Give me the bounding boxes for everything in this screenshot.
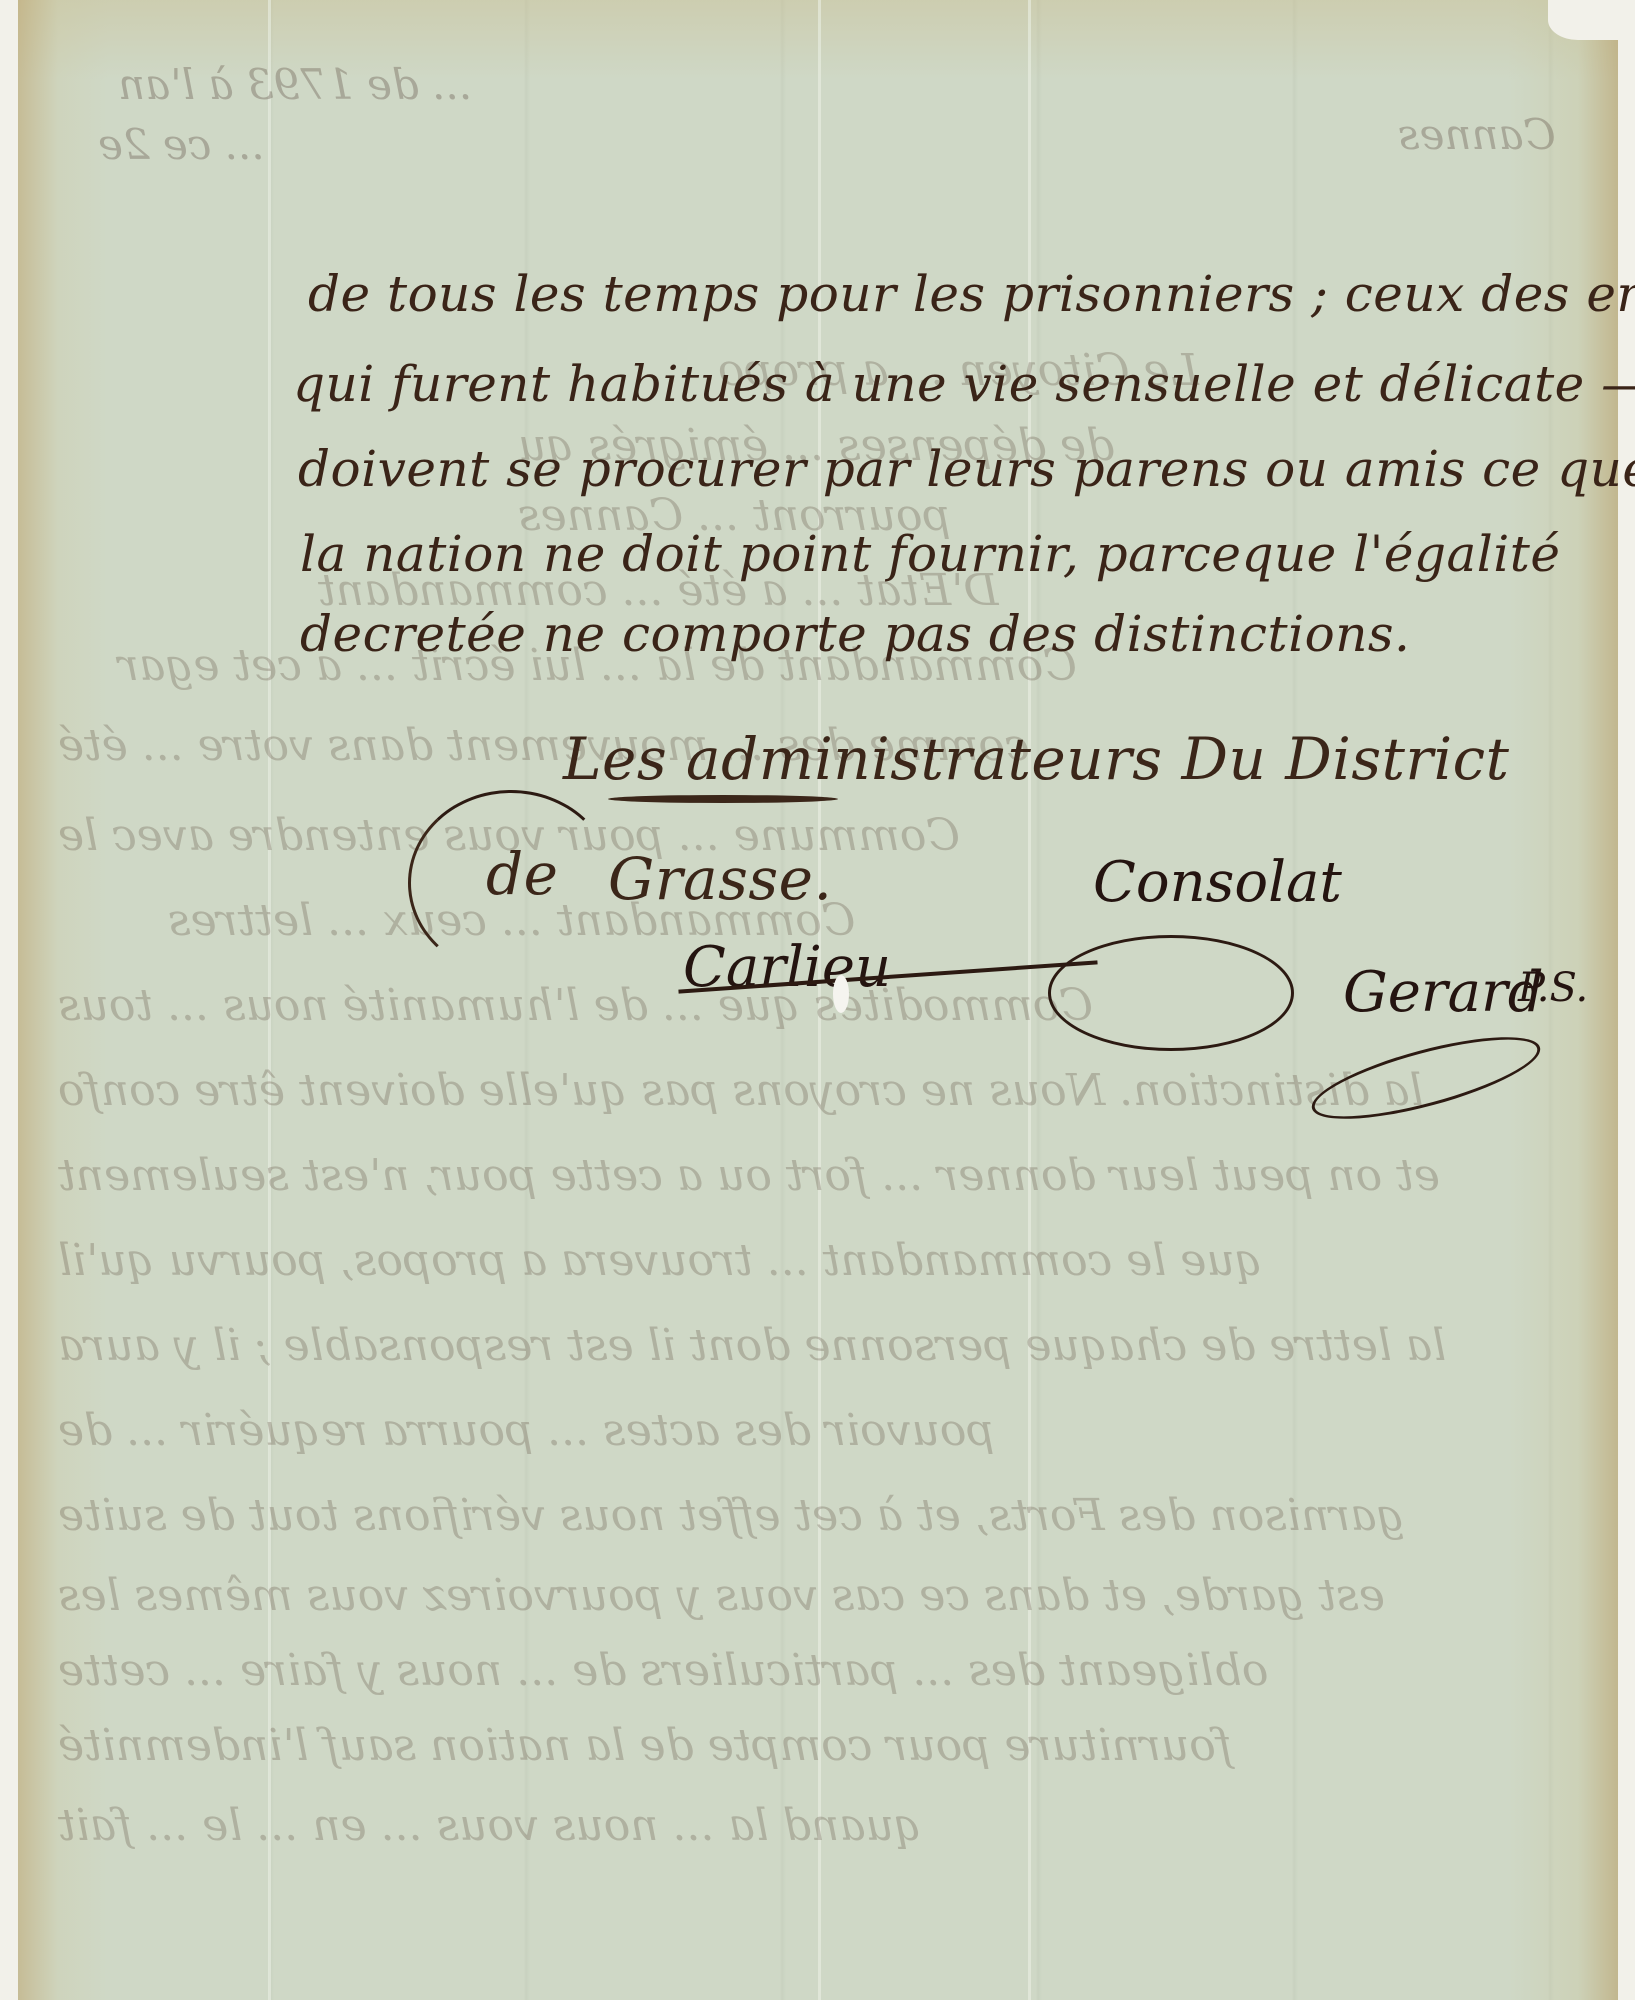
signature-suffix: P.S.	[1518, 965, 1588, 1011]
body-line: qui furent habitués à une vie sensuelle …	[293, 355, 1635, 413]
torn-corner	[1548, 0, 1618, 40]
bleed-through-line: pouvoir des actes ... pourra requérir ..…	[58, 1405, 994, 1456]
paper-hole	[833, 975, 849, 1013]
bleed-through-header: ... de 1793 à l'an	[118, 60, 472, 109]
body-line: la nation ne doit point fournir, parcequ…	[300, 525, 1560, 583]
closing-line: Les administrateurs Du District	[563, 725, 1509, 793]
bleed-through-line: obligeant des ... particuliers de ... no…	[58, 1645, 1268, 1696]
bleed-through-line: est garde, et dans ce cas vous y pourvoi…	[58, 1570, 1385, 1621]
flourish-icon	[408, 790, 614, 976]
bleed-through-line: et on peut leur donner ... fort ou a cet…	[58, 1150, 1440, 1201]
flourish-stroke-icon	[608, 795, 838, 803]
bleed-through-line: fourniture pour compte de la nation sauf…	[58, 1720, 1232, 1771]
body-line: de tous les temps pour les prisonniers ;…	[308, 265, 1635, 323]
bleed-through-line: garnison des Forts, et à cet effet nous …	[58, 1490, 1405, 1541]
bleed-through-line: la distinction. Nous ne croyons pas qu'e…	[58, 1065, 1424, 1116]
bleed-through-header: ... ce 2e	[98, 120, 265, 169]
paraph-loop-icon	[1048, 935, 1294, 1051]
bleed-through-line: quand la ... nous vous ... en ... le ...…	[58, 1800, 922, 1851]
closing-place: Grasse.	[608, 845, 832, 913]
signature-gerard: Gerard	[1343, 960, 1544, 1025]
body-line: decretée ne comporte pas des distinction…	[300, 605, 1410, 663]
body-line: doivent se procurer par leurs parens ou …	[298, 440, 1635, 498]
bleed-through-line: Commodités que ... de l'humanité nous ..…	[58, 980, 1093, 1031]
bleed-through-line: la lettre de chaque personne dont il est…	[58, 1320, 1446, 1371]
bleed-through-line: que le commandant ... trouvera a propos,…	[58, 1235, 1263, 1286]
signature-consolat: Consolat	[1093, 850, 1342, 915]
bleed-through-header: Cannes	[1398, 110, 1556, 159]
letter-paper: ... de 1793 à l'an ... ce 2e Cannes Le C…	[18, 0, 1618, 2000]
